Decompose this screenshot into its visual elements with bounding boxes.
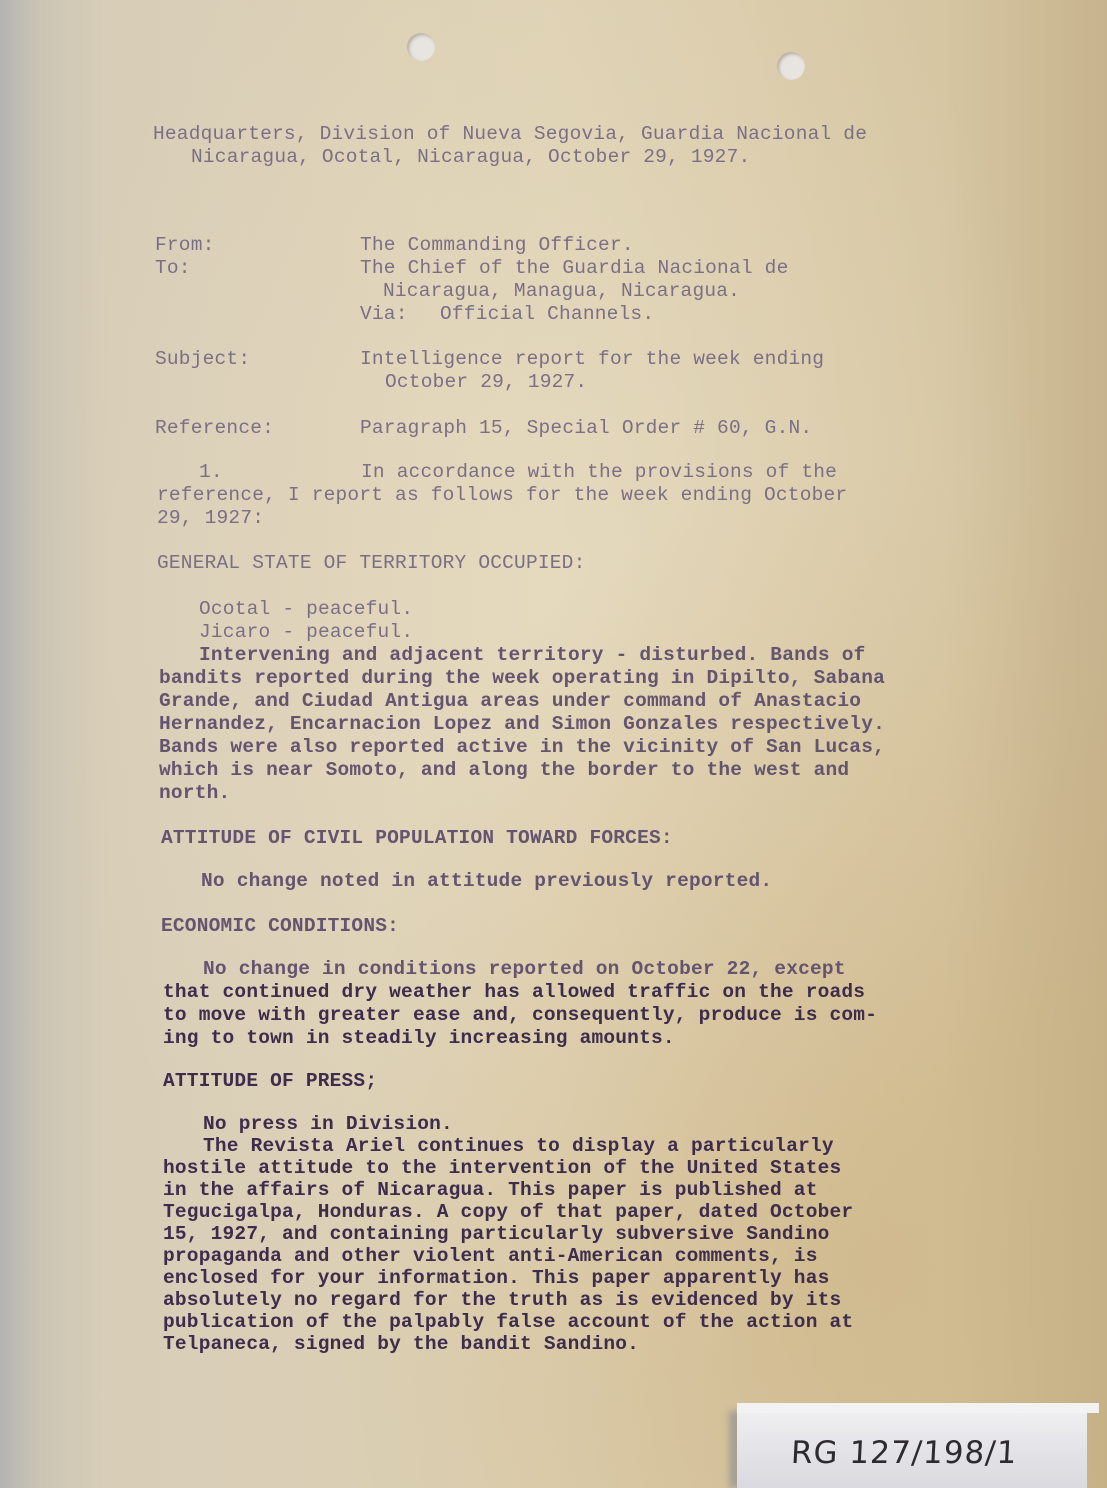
section-line: Hernandez, Encarnacion Lopez and Simon G… [159, 713, 885, 735]
section-line: in the affairs of Nicaragua. This paper … [163, 1179, 818, 1201]
section-heading-general-state: GENERAL STATE OF TERRITORY OCCUPIED: [157, 552, 585, 574]
from-value: The Commanding Officer. [360, 234, 634, 256]
section-line: Telpaneca, signed by the bandit Sandino. [163, 1333, 639, 1355]
section-line: No change in conditions reported on Octo… [203, 958, 846, 980]
paragraph-1-line-2: reference, I report as follows for the w… [157, 484, 847, 506]
paragraph-1-line-1: In accordance with the provisions of the [361, 461, 837, 483]
subject-value-line-2: October 29, 1927. [385, 371, 587, 393]
to-label: To: [155, 257, 191, 279]
header-line-1: Headquarters, Division of Nueva Segovia,… [153, 123, 867, 145]
reference-label: Reference: [155, 417, 274, 439]
section-heading-civil-population: ATTITUDE OF CIVIL POPULATION TOWARD FORC… [161, 827, 673, 849]
subject-label: Subject: [155, 348, 250, 370]
paragraph-1-line-3: 29, 1927: [157, 507, 264, 529]
typed-document-page: Headquarters, Division of Nueva Segovia,… [0, 0, 1107, 1488]
archive-reference: RG 127/198/1 [790, 1435, 1018, 1471]
section-heading-economic-conditions: ECONOMIC CONDITIONS: [161, 915, 399, 937]
from-label: From: [155, 234, 215, 256]
via-value: Official Channels. [440, 303, 654, 325]
section-line: which is near Somoto, and along the bord… [159, 759, 849, 781]
section-line: Intervening and adjacent territory - dis… [199, 644, 866, 666]
section-line: Jicaro - peaceful. [199, 621, 413, 643]
section-line: bandits reported during the week operati… [159, 667, 885, 689]
to-value-line-2: Nicaragua, Managua, Nicaragua. [383, 280, 740, 302]
archive-label-tab: RG 127/198/1 [737, 1411, 1087, 1488]
section-line: Grande, and Ciudad Antigua areas under c… [159, 690, 861, 712]
paragraph-number: 1. [199, 461, 223, 483]
section-line: Ocotal - peaceful. [199, 598, 413, 620]
section-line: Tegucigalpa, Honduras. A copy of that pa… [163, 1201, 853, 1223]
via-label: Via: [360, 303, 408, 325]
section-line: north. [159, 782, 230, 804]
section-line: that continued dry weather has allowed t… [163, 981, 865, 1003]
section-line: to move with greater ease and, consequen… [163, 1004, 877, 1026]
punch-hole [407, 33, 435, 61]
section-line: absolutely no regard for the truth as is… [163, 1289, 841, 1311]
section-line: No press in Division. [203, 1113, 453, 1135]
section-line: The Revista Ariel continues to display a… [203, 1135, 834, 1157]
section-line: 15, 1927, and containing particularly su… [163, 1223, 830, 1245]
section-line: ing to town in steadily increasing amoun… [163, 1027, 675, 1049]
reference-value: Paragraph 15, Special Order # 60, G.N. [360, 417, 812, 439]
section-line: hostile attitude to the intervention of … [163, 1157, 841, 1179]
section-line: Bands were also reported active in the v… [159, 736, 885, 758]
section-line: propaganda and other violent anti-Americ… [163, 1245, 818, 1267]
section-line: No change noted in attitude previously r… [201, 870, 772, 892]
header-line-2: Nicaragua, Ocotal, Nicaragua, October 29… [191, 146, 750, 168]
subject-value-line-1: Intelligence report for the week ending [360, 348, 824, 370]
punch-hole [777, 52, 805, 80]
to-value-line-1: The Chief of the Guardia Nacional de [360, 257, 788, 279]
section-line: publication of the palpably false accoun… [163, 1311, 853, 1333]
section-line: enclosed for your information. This pape… [163, 1267, 830, 1289]
section-heading-attitude-of-press: ATTITUDE OF PRESS; [163, 1070, 377, 1092]
